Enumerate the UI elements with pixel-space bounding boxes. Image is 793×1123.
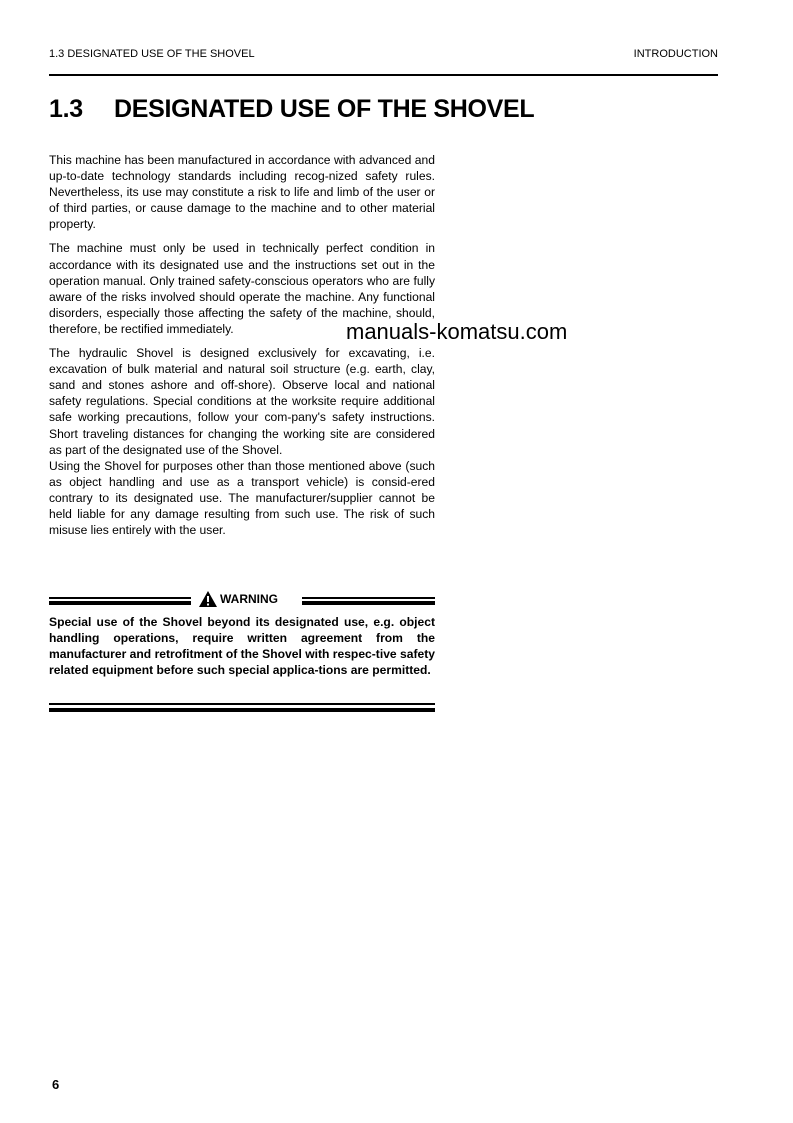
paragraph-misuse: Using the Shovel for purposes other than…: [49, 458, 435, 538]
rule-thin: [49, 703, 435, 705]
body-text: This machine has been manufactured in ac…: [49, 152, 435, 546]
warning-label-group: WARNING: [199, 591, 278, 607]
warning-footer-rule: [49, 703, 435, 713]
watermark: manuals-komatsu.com: [346, 319, 567, 345]
warning-triangle-icon: [199, 591, 217, 607]
warning-label: WARNING: [220, 591, 278, 607]
rule-thick: [49, 708, 435, 712]
paragraph-intro: This machine has been manufactured in ac…: [49, 152, 435, 232]
warning-rule-left: [49, 597, 191, 605]
page-title: 1.3DESIGNATED USE OF THE SHOVEL: [49, 94, 534, 124]
paragraph-designated-use: The hydraulic Shovel is designed exclusi…: [49, 345, 435, 458]
warning-text: Special use of the Shovel beyond its des…: [49, 614, 435, 678]
section-number: 1.3: [49, 94, 114, 124]
warning-header: WARNING: [49, 590, 435, 608]
section-heading: DESIGNATED USE OF THE SHOVEL: [114, 95, 534, 123]
header-divider: [49, 74, 718, 76]
warning-rule-right: [302, 597, 435, 605]
header-section-title: 1.3 DESIGNATED USE OF THE SHOVEL: [49, 48, 255, 61]
header-chapter-title: INTRODUCTION: [634, 48, 718, 61]
page-number: 6: [52, 1077, 59, 1092]
